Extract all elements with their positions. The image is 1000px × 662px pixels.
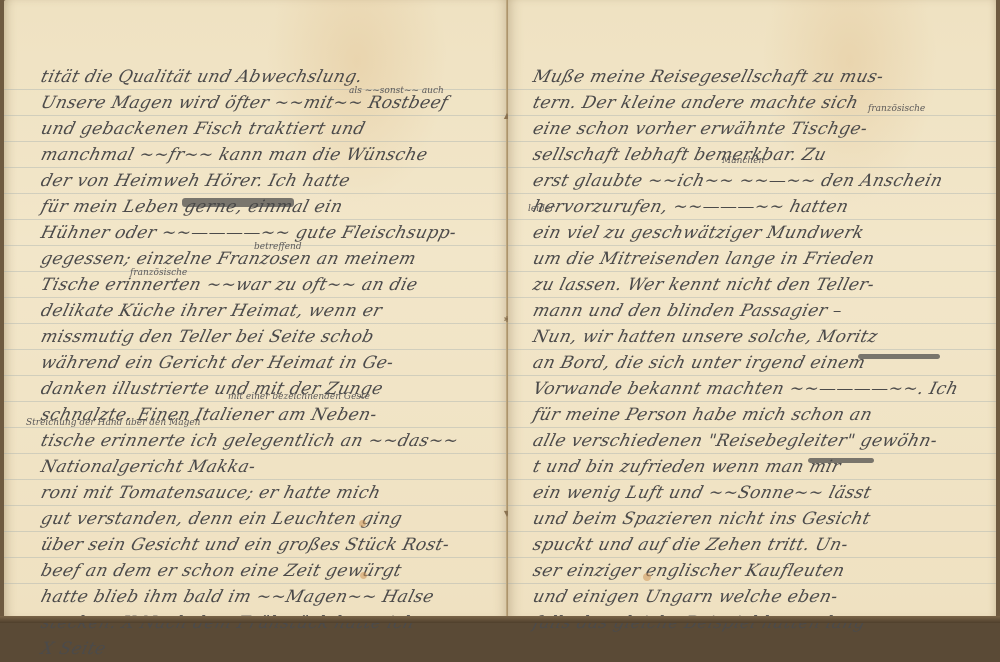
left-page-text: tität die Qualität und Abwechslung. Unse… [4,64,508,623]
interlinear-note: als ~~sonst~~ auch [349,86,444,96]
left-page: tität die Qualität und Abwechslung. Unse… [4,0,508,618]
handwritten-line: eine schon vorher erwähnte Tischge- [508,116,1000,142]
handwritten-line: über sein Gesicht und ein großes Stück R… [4,532,514,558]
handwritten-line: hervorzurufen, ~~———~~ hatten [508,194,1000,220]
handwritten-line: tern. Der kleine andere machte sich [508,90,1000,116]
handwritten-line: und gebackenen Fisch traktiert und [4,116,514,142]
book-bottom-edge [0,616,1000,623]
handwritten-line: ein wenig Luft und ~~Sonne~~ lässt [508,480,1000,506]
right-page: Muße meine Reisegesellschaft zu mus- ter… [508,0,996,618]
paper-stain [360,572,367,579]
handwritten-line: Nun, wir hatten unsere solche, Moritz [508,324,1000,350]
handwritten-line: roni mit Tomatensauce; er hatte mich [4,480,514,506]
handwritten-line: Nationalgericht Makka- [4,454,514,480]
handwritten-line: und einigen Ungarn welche eben- [508,584,1000,610]
handwritten-line: für meine Person habe mich schon an [508,402,1000,428]
scribbled-out-word [808,458,874,463]
handwritten-line: manchmal ~~fr~~ kann man die Wünsche [4,142,514,168]
interlinear-note: französische [868,104,925,114]
scribbled-out-word [182,198,294,207]
handwritten-line: spuckt und auf die Zehen tritt. Un- [508,532,1000,558]
handwritten-line: beef an dem er schon eine Zeit gewürgt [4,558,514,584]
handwritten-line: t und bin zufrieden wenn man mir [508,454,1000,480]
interlinear-note: leider [528,204,554,214]
scribbled-out-word [858,354,940,359]
handwritten-line: ein viel zu geschwätziger Mundwerk [508,220,1000,246]
interlinear-note: Streichung der Hand über den Magen [26,418,200,428]
handwritten-line: alle verschiedenen "Reisebegleiter" gewö… [508,428,1000,454]
interlinear-note: französische [130,268,187,278]
notebook-spread: tität die Qualität und Abwechslung. Unse… [0,0,1000,623]
handwritten-line: delikate Küche ihrer Heimat, wenn er [4,298,514,324]
handwritten-line: und beim Spazieren nicht ins Gesicht [508,506,1000,532]
handwritten-line: missmutig den Teller bei Seite schob [4,324,514,350]
handwritten-line: erst glaubte ~~ich~~ ~~—~~ den Anschein [508,168,1000,194]
handwritten-line: um die Mitreisenden lange in Frieden [508,246,1000,272]
handwritten-line: Vorwande bekannt machten ~~————~~. Ich [508,376,1000,402]
handwritten-line: der von Heimweh Hörer. Ich hatte [4,168,514,194]
interlinear-note: Manchen [722,156,764,166]
handwritten-line: mann und den blinden Passagier – [508,298,1000,324]
handwritten-line: während ein Gericht der Heimat in Ge- [4,350,514,376]
paper-stain [643,573,651,581]
handwritten-line: zu lassen. Wer kennt nicht den Teller- [508,272,1000,298]
handwritten-line: Tische erinnerten ~~war zu oft~~ an die [4,272,514,298]
handwritten-line: hatte blieb ihm bald im ~~Magen~~ Halse [4,584,514,610]
handwritten-line: ser einziger englischer Kaufleuten [508,558,1000,584]
interlinear-note: mit einer bezeichnenden Geste [228,392,370,402]
interlinear-note: betreffend [254,242,302,252]
handwritten-line: gut verstanden, denn ein Leuchten ging [4,506,514,532]
handwritten-line: Muße meine Reisegesellschaft zu mus- [508,64,1000,90]
handwritten-line: tische erinnerte ich gelegentlich an ~~d… [4,428,514,454]
paper-stain [359,520,366,527]
right-page-text: Muße meine Reisegesellschaft zu mus- ter… [508,64,996,623]
